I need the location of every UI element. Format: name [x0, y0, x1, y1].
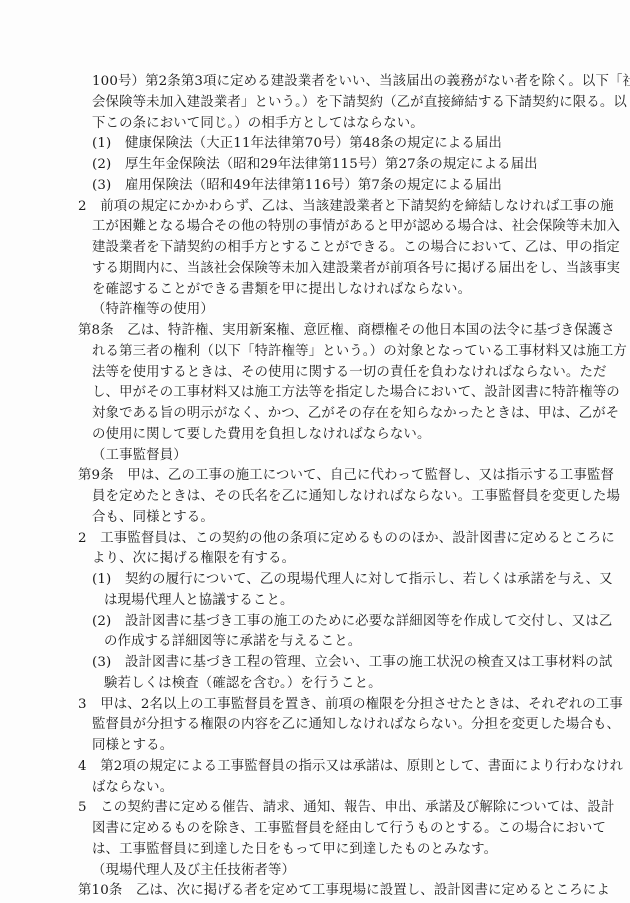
text-line: 員を定めたときは、その氏名を乙に通知しなければならない。工事監督員を変更した場 — [92, 487, 620, 507]
text-line: 第9条 甲は、乙の工事の施工について、自己に代わって監督し、又は指示する工事監督 — [78, 466, 614, 486]
text-line: 験若しくは検査（確認を含む。）を行うこと。 — [104, 674, 382, 694]
text-line: 合も、同様とする。 — [92, 508, 214, 528]
text-line: (3) 雇用保険法（昭和49年法律第116号）第7条の規定による届出 — [92, 176, 502, 196]
text-line: れる第三者の権利（以下「特許権等」という。）の対象となっている工事材料又は施工方 — [92, 342, 627, 362]
text-line: (1) 健康保険法（大正11年法律第70号）第48条の規定による届出 — [92, 134, 502, 154]
text-line: 2 工事監督員は、この契約の他の条項に定めるもののほか、設計図書に定めるところに — [78, 529, 615, 549]
text-line: （現場代理人及び主任技術者等） — [92, 861, 295, 881]
text-line: 図書に定めるものを除き、工事監督員を経由して行うものとする。この場合において — [92, 819, 606, 839]
text-line: 5 この契約書に定める催告、請求、通知、報告、申出、承諾及び解除については、設計 — [78, 798, 614, 818]
text-line: ばならない。 — [92, 778, 173, 798]
text-line: は現場代理人と協議すること。 — [104, 591, 294, 611]
text-line: 第10条 乙は、次に掲げる者を定めて工事現場に設置し、設計図書に定めるところによ — [78, 881, 610, 901]
text-line: 下この条において同じ。）の相手方としてはならない。 — [92, 114, 424, 134]
text-line: より、次に掲げる権限を有する。 — [92, 549, 295, 569]
text-line: の作成する詳細図等に承諾を与えること。 — [104, 632, 361, 652]
text-line: 建設業者を下請契約の相手方とすることができる。この場合において、乙は、甲の指定 — [92, 238, 620, 258]
text-line: の使用に関して要した費用を負担しなければならない。 — [92, 425, 431, 445]
text-line: (2) 厚生年金保険法（昭和29年法律第115号）第27条の規定による届出 — [92, 155, 538, 175]
text-line: (3) 設計図書に基づき工程の管理、立会い、工事の施工状況の検査又は工事材料の試 — [92, 653, 612, 673]
text-line: する期間内に、当該社会保険等未加入建設業者が前項各号に掲げる届出をし、当該事実 — [92, 259, 620, 279]
text-line: 工が困難となる場合その他の特別の事情があると甲が認める場合は、社会保険等未加入 — [92, 217, 620, 237]
text-line: 同様とする。 — [92, 736, 173, 756]
text-line: 会保険等未加入建設業者」という。）を下請契約（乙が直接締結する下請契約に限る。以 — [92, 93, 627, 113]
text-line: 2 前項の規定にかかわらず、乙は、当該建設業者と下請契約を締結しなければ工事の施 — [78, 197, 614, 217]
text-line: 監督員が分担する権限の内容を乙に通知しなければならない。分担を変更した場合も、 — [92, 715, 620, 735]
text-line: （工事監督員） — [92, 446, 187, 466]
text-line: (2) 設計図書に基づき工事の施工のために必要な詳細図等を作成して交付し、又は乙 — [92, 612, 612, 632]
document-page: 100号）第2条第3項に定める建設業者をいい、当該届出の義務がない者を除く。以下… — [0, 0, 630, 903]
text-line: 法等を使用するときは、その使用に関する一切の責任を負わなければならない。ただ — [92, 363, 607, 383]
text-line: は、工事監督員に到達した日をもって甲に到達したものとみなす。 — [92, 840, 497, 860]
text-line: を確認することができる書類を甲に提出しなければならない。 — [92, 280, 471, 300]
text-line: し、甲がその工事材料又は施工方法等を指定した場合において、設計図書に特許権等の — [92, 383, 620, 403]
text-line: 100号）第2条第3項に定める建設業者をいい、当該届出の義務がない者を除く。以下… — [92, 72, 630, 92]
text-line: 3 甲は、2名以上の工事監督員を置き、前項の権限を分担させたときは、それぞれの工… — [78, 695, 623, 715]
text-line: （特許権等の使用） — [92, 300, 214, 320]
text-line: 第8条 乙は、特許権、実用新案権、意匠権、商標権その他日本国の法令に基づき保護さ — [78, 321, 615, 341]
text-line: 対象である旨の明示がなく、かつ、乙がその存在を知らなかったときは、甲は、乙がそ — [92, 404, 619, 424]
text-line: 4 第2項の規定による工事監督員の指示又は承諾は、原則として、書面により行わなけ… — [78, 757, 623, 777]
text-line: (1) 契約の履行について、乙の現場代理人に対して指示し、若しくは承諾を与え、又 — [92, 570, 613, 590]
